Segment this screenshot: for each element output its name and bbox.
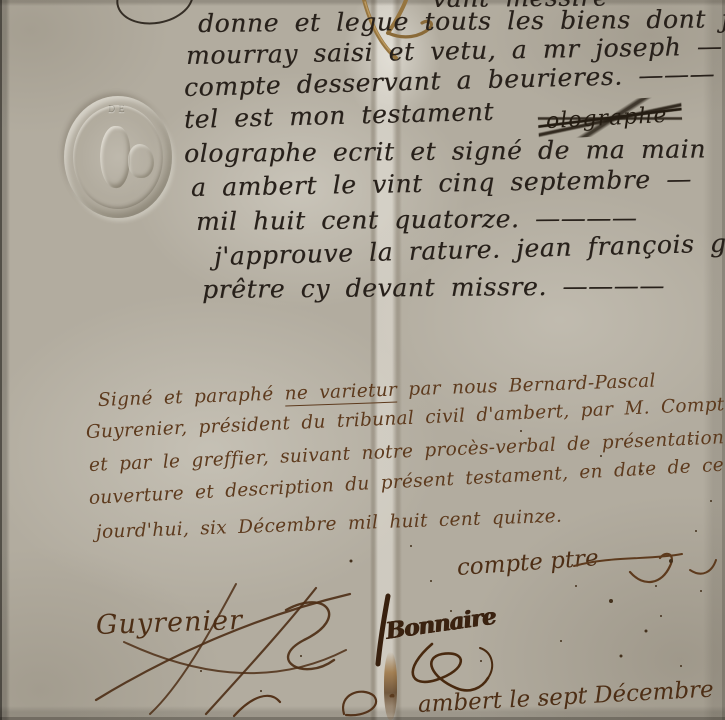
- scratch-strokes: [537, 96, 682, 139]
- officiant-flourish: [570, 544, 720, 608]
- pv-ne-varietur: ne varietur: [284, 380, 397, 407]
- fold-tear: [384, 652, 397, 720]
- embossed-seal: DE: [64, 96, 172, 218]
- manuscript-line: mil huit cent quatorze. ————: [196, 204, 638, 235]
- manuscript-line: olographe ecrit et signé de ma main: [184, 135, 706, 167]
- pv-line1-pre: Signé et paraphé: [98, 383, 285, 411]
- manuscript-photo: DE vant messire — donne et legue touts l…: [0, 0, 725, 720]
- manuscript-line: a ambert le vint cinq septembre —: [191, 165, 692, 201]
- manuscript-line: tel est mon testament: [184, 98, 495, 134]
- manuscript-line: prêtre cy devant missre. ————: [202, 272, 665, 304]
- stamp-arc: [112, 0, 198, 30]
- crossed-out-word: olographe: [546, 105, 669, 133]
- pv-line1-post: par nous Bernard-Pascal: [397, 371, 656, 401]
- manuscript-line: jourd'hui, six Décembre mil huit cent qu…: [96, 507, 563, 544]
- ink-specks: [0, 0, 2, 2]
- seal-animal-figure: [128, 144, 154, 178]
